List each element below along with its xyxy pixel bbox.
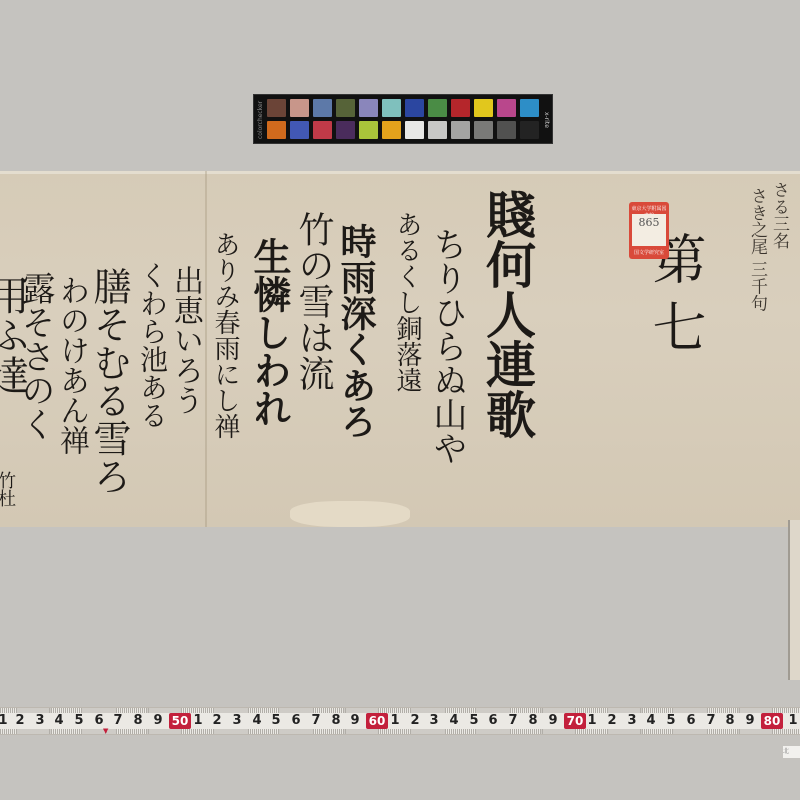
ruler-digit: 2 [210, 713, 224, 728]
calligraphy-column: 膳そむる雪ろ [90, 267, 128, 495]
seal-number: 865 [632, 216, 666, 229]
ruler-digit: 5 [269, 713, 283, 728]
ruler-digit: 1 [0, 713, 10, 728]
ruler-digit: 2 [605, 713, 619, 728]
ruler-ticks-bottom [0, 729, 800, 734]
ruler-digit: 1 [585, 713, 599, 728]
ruler-digit: 9 [743, 713, 757, 728]
color-swatch [359, 99, 378, 117]
color-swatch [405, 99, 424, 117]
calligraphy-column: 用ふ達 [0, 275, 26, 395]
paper-join-seam [205, 171, 207, 527]
ruler-digit: 3 [33, 713, 47, 728]
color-swatch [428, 121, 447, 139]
calligraphy-column: 時雨深くあろ [338, 223, 374, 439]
ruler-digit: 2 [408, 713, 422, 728]
color-swatch [428, 99, 447, 117]
ruler-pointer-icon: ▼ [103, 727, 108, 735]
ruler-digit: 8 [329, 713, 343, 728]
color-swatch [520, 121, 539, 139]
color-swatch [313, 121, 332, 139]
color-swatch [451, 121, 470, 139]
ruler-major-label: 80 [761, 713, 783, 729]
color-swatch [382, 121, 401, 139]
color-swatch [290, 121, 309, 139]
ruler-digit: 6 [684, 713, 698, 728]
color-swatch [405, 121, 424, 139]
ruler-major-label: 60 [366, 713, 388, 729]
ruler-digit: 5 [467, 713, 481, 728]
library-seal-stamp: 東京大学附属図書館 865 国文学研究室 [629, 202, 669, 259]
calligraphy-column: 生憐しわれ [250, 237, 288, 427]
ruler-digit: 1 [191, 713, 205, 728]
ruler-digit: 2 [13, 713, 27, 728]
color-swatch [313, 99, 332, 117]
ruler-digit: 6 [486, 713, 500, 728]
ruler-major-label: 70 [564, 713, 586, 729]
corner-label-text: 北 [783, 748, 789, 755]
checker-brand-label: colorchecker [257, 99, 267, 141]
ruler-digit: 4 [250, 713, 264, 728]
ruler-digit: 3 [427, 713, 441, 728]
ruler-digit: 7 [309, 713, 323, 728]
ruler-digit: 9 [546, 713, 560, 728]
ruler-digit: 3 [625, 713, 639, 728]
ruler-digit: 1 [388, 713, 402, 728]
ruler-major-label: 50 [169, 713, 191, 729]
color-swatch [497, 99, 516, 117]
calligraphy-column: あるくし銅落遠 [394, 211, 420, 393]
annotation-col-1: さる三名 [770, 181, 787, 249]
scroll-edge-strip [788, 520, 800, 680]
paper-stain [290, 501, 410, 527]
calligraphy-column: 出恵いろう [170, 265, 200, 415]
ruler-digit: 6 [92, 713, 106, 728]
ruler-digit: 8 [131, 713, 145, 728]
ruler-digit: 8 [526, 713, 540, 728]
calligraphy-column: 竹杜 [0, 471, 14, 507]
calligraphy-column: 竹の雪は流 [295, 211, 331, 391]
color-swatch [290, 99, 309, 117]
ruler-digit: 3 [230, 713, 244, 728]
annotation-col-2: さき之尾 三千句 [748, 187, 765, 311]
color-swatch [474, 121, 493, 139]
handscroll-paper: 第七 さる三名 さき之尾 三千句 賤何人連歌 ちりひらぬ山や あるくし銅落遠 時… [0, 171, 800, 527]
color-swatch [267, 121, 286, 139]
calligraphy-column: ありみ春雨にし禅 [212, 231, 238, 439]
ruler-digit: 7 [111, 713, 125, 728]
corner-label: 北 [783, 746, 800, 758]
measuring-tape: 1234567895012345678960123456789701234567… [0, 707, 800, 735]
ruler-digit: 7 [506, 713, 520, 728]
ruler-digit: 9 [151, 713, 165, 728]
paper-top-edge [0, 171, 800, 174]
ruler-digit: 1 [786, 713, 800, 728]
color-swatch-grid [267, 99, 539, 139]
color-swatch [267, 99, 286, 117]
calligraphy-column: わのけあん禅 [56, 275, 86, 455]
color-swatch [497, 121, 516, 139]
color-swatch [451, 99, 470, 117]
color-swatch [359, 121, 378, 139]
color-swatch [336, 121, 355, 139]
ruler-digit: 7 [704, 713, 718, 728]
xrite-logo: x-rite [540, 99, 550, 141]
ruler-digit: 5 [72, 713, 86, 728]
color-swatch [336, 99, 355, 117]
ruler-digit: 5 [664, 713, 678, 728]
calligraphy-column: 賤何人連歌 [482, 189, 532, 439]
color-checker-chart: colorchecker x-rite [253, 94, 553, 144]
ruler-digit: 9 [348, 713, 362, 728]
ruler-digit: 6 [289, 713, 303, 728]
seal-footer: 国文学研究室 [631, 249, 667, 256]
color-swatch [474, 99, 493, 117]
calligraphy-column: ちりひらぬ山や [430, 227, 464, 465]
color-swatch [520, 99, 539, 117]
color-swatch [382, 99, 401, 117]
calligraphy-column: くわら池ある [138, 261, 166, 429]
seal-inner-box: 865 [632, 214, 666, 246]
ruler-digit: 4 [644, 713, 658, 728]
ruler-digit: 4 [52, 713, 66, 728]
ruler-digit: 4 [447, 713, 461, 728]
ruler-digit: 8 [723, 713, 737, 728]
